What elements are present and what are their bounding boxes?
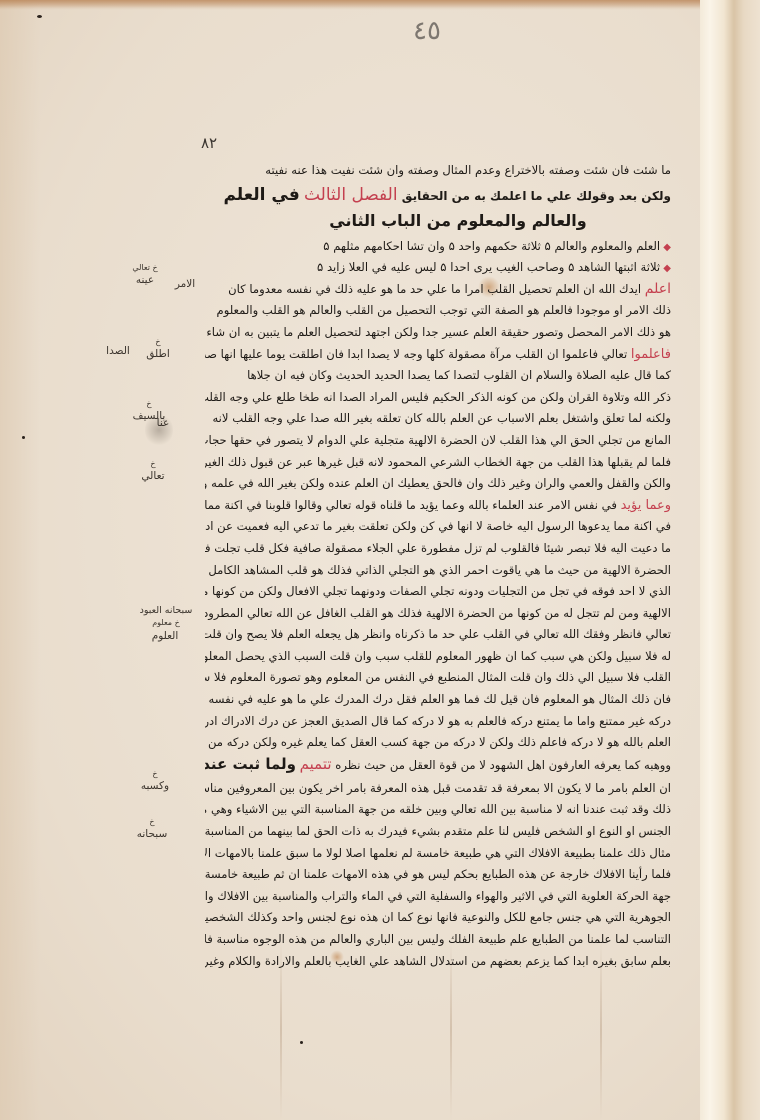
rubric-word: اعلم xyxy=(645,281,671,297)
body-line: ان العلم بامر ما لا يكون الا بمعرفة قد ت… xyxy=(205,778,671,800)
body-line: جهة الحركة العلوية التي في الاثير والهوا… xyxy=(205,886,671,908)
body-line: مثال ذلك علمنا بطبيعة الافلاك التي هي طب… xyxy=(205,843,671,865)
margin-note: خسبحانه xyxy=(130,816,174,840)
body-line: الجنس او النوع او الشخص فليس لنا علم متق… xyxy=(205,821,671,843)
chapter-heading-line-2: والعالم والمعلوم من الباب الثاني xyxy=(205,208,671,236)
heading-pre-text: ولكن بعد وقولك علي ما اعلمك به من الحقاي… xyxy=(402,189,671,203)
body-line: بعلم سابق بغيره ابدا كما يزعم بعضهم من ا… xyxy=(205,951,671,973)
body-line: فان ذلك المثال هو المعلوم فان قيل لك فما… xyxy=(205,689,671,711)
section-opening-bold: ولما ثبت عندنا xyxy=(205,755,296,773)
body-line: كما قال عليه الصلاة والسلام ان القلوب لت… xyxy=(205,365,671,387)
body-line: دركه غير ممتنع واما ما يمتنع دركه فالعلم… xyxy=(205,711,671,733)
verse-marker-icon: ◆ xyxy=(660,242,671,253)
rubric-word: فاعلموا xyxy=(631,347,671,362)
body-line: تعالي فانظر وفقك الله تعالي في القلب علي… xyxy=(205,624,671,646)
folio-number: ٤٥ xyxy=(392,16,462,46)
body-line: فلما رأينا الافلاك خارجة عن هذه الطبايع … xyxy=(205,864,671,886)
body-line: القلب فلا سبيل الي ذلك وان قلت المثال ال… xyxy=(205,667,671,689)
body-line: التناسب لما علمنا من الطبايع علم طبيعة ا… xyxy=(205,929,671,951)
chapter-rubric: الفصل الثالث xyxy=(304,185,398,205)
margin-note: عنا xyxy=(148,417,178,429)
margin-note: العلوم xyxy=(140,630,190,642)
body-line: ذكر الله وتلاوة القران ولكن من كونه الذك… xyxy=(205,387,671,409)
ink-spot xyxy=(37,15,42,18)
margin-note: الصدا xyxy=(98,345,138,357)
margin-note: سبحانه العبودخ معلوم xyxy=(138,605,194,629)
ink-spot xyxy=(300,1041,303,1044)
body-line: له فلا سبيل ولكن هي سبب كما ان ظهور المع… xyxy=(205,646,671,668)
body-line: ووهبه كما يعرفه العارفون اهل الشهود لا م… xyxy=(205,754,671,778)
body-line: ذلك وقد ثبت عندنا انه لا مناسبة بين الله… xyxy=(205,799,671,821)
body-line: هو ذلك الامر المحصل وتصور حقيقة العلم عس… xyxy=(205,322,671,344)
verse-line: ◆ ثلاثة اثبتها الشاهد ۵ وصاحب الغيب يرى … xyxy=(205,257,671,279)
opening-line: ما شئت فان شئت وصفته بالاختراع وعدم المث… xyxy=(205,160,671,182)
margin-note: خاطلق xyxy=(138,336,178,360)
body-line: اعلم ايدك الله ان العلم تحصيل القلب امرا… xyxy=(205,279,671,301)
body-line: ذلك الامر او موجودا فالعلم هو الصفة التي… xyxy=(205,300,671,322)
body-line: العلم بالله هو لا دركه فاعلم ذلك ولكن لا… xyxy=(205,732,671,754)
rubric-tatmim: تتميم xyxy=(300,755,332,773)
manuscript-page: ٤٥ ٨٢ ما شئت فان شئت وصفته بالاختراع وعد… xyxy=(0,0,700,1120)
margin-note: خ تعاليعينه xyxy=(125,262,165,286)
adjacent-page-edge xyxy=(700,0,760,1120)
margin-note: الامر xyxy=(165,278,205,290)
margin-note: ختعالي xyxy=(138,458,168,482)
body-line: ما دعيت اليه فلا تبصر شيئا فالقلوب لم تز… xyxy=(205,538,671,560)
body-line: الالهية ومن لم تتجل له من كونها من الحضر… xyxy=(205,603,671,625)
body-line: الذي لا احد فوقه في تجل من التجليات ودون… xyxy=(205,581,671,603)
ink-spot xyxy=(22,436,25,439)
main-text-block: ما شئت فان شئت وصفته بالاختراع وعدم المث… xyxy=(205,160,671,972)
body-line: الحضرة الالهية من حيث ما هي ياقوت احمر ا… xyxy=(205,560,671,582)
body-line: في اكنة مما يدعوها الرسول اليه خاصة لا ا… xyxy=(205,516,671,538)
body-line: الجوهرية التي هي جنس جامع للكل والنوعية … xyxy=(205,907,671,929)
margin-note: خوكسبه xyxy=(135,768,175,792)
old-folio-number: ٨٢ xyxy=(201,134,217,152)
body-line: ولكنه لما تعلق واشتغل بعلم الاسباب عن ال… xyxy=(205,408,671,430)
heading-post-text: في العلم xyxy=(223,185,299,205)
verse-line: ◆ العلم والمعلوم والعالم ۵ ثلاثة حكمهم و… xyxy=(205,236,671,258)
chapter-heading-line: ولكن بعد وقولك علي ما اعلمك به من الحقاي… xyxy=(205,182,671,208)
top-edge-stain xyxy=(0,0,700,10)
body-line: فاعلموا تعالي فاعلموا ان القلب مرآة مصقو… xyxy=(205,344,671,366)
rubric-word: وعما يؤيد xyxy=(621,498,671,513)
body-line: المانع من تجلي الحق الي هذا القلب لان ال… xyxy=(205,430,671,452)
body-line: وعما يؤيد في نفس الامر عند العلماء بالله… xyxy=(205,495,671,517)
body-line: والكن والقفل والعمي والران وغير ذلك وان … xyxy=(205,473,671,495)
body-line: فلما لم يقبلها هذا القلب من جهة الخطاب ا… xyxy=(205,452,671,474)
verse-marker-icon: ◆ xyxy=(660,263,671,274)
